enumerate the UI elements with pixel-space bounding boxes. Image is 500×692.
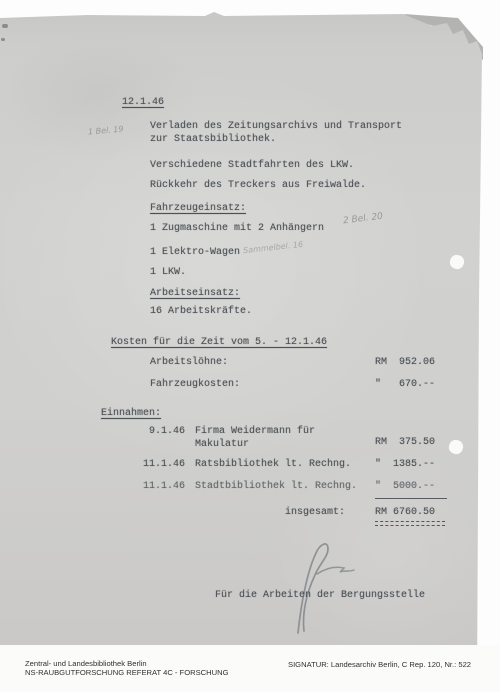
total-separator-line — [375, 498, 447, 499]
income-date-3: 11.1.46 — [143, 480, 185, 493]
edge-speck — [2, 24, 8, 28]
archive-footer-left: Zentral- und Landesbibliothek BerlinNS-R… — [25, 659, 229, 677]
cost-amount-1: RM 952.06 — [375, 356, 435, 369]
vehicle-item-1: 1 Zugmaschine mit 2 Anhängern — [150, 222, 324, 235]
income-desc-3: Stadtbibliothek lt. Rechng. — [195, 480, 357, 493]
heading-fahrzeugeinsatz: Fahrzeugeinsatz: — [150, 202, 246, 215]
scanned-document-page: 12.1.46 1 Bel. 19 Verladen des Zeitungsa… — [0, 0, 500, 692]
cost-amount-2: " 670.-- — [375, 378, 435, 391]
workers-line: 16 Arbeitskräfte. — [150, 305, 252, 318]
income-amount-2: " 1385.-- — [375, 458, 435, 471]
signature-caption: Für die Arbeiten der Bergungsstelle — [215, 589, 425, 602]
edge-speck — [1, 38, 5, 41]
activity-verladen-line1: Verladen des Zeitungsarchivs und Transpo… — [150, 120, 402, 133]
cost-label-1: Arbeitslöhne: — [150, 356, 228, 369]
cost-label-2: Fahrzeugkosten: — [150, 378, 240, 391]
date-heading: 12.1.46 — [122, 96, 164, 109]
activity-verladen-line2: zur Staatsbibliothek. — [150, 133, 276, 146]
total-double-underline — [375, 521, 445, 526]
total-amount: RM 6760.50 — [375, 506, 435, 519]
income-amount-3: " 5000.-- — [375, 480, 435, 493]
vehicle-item-2: 1 Elektro-Wagen — [150, 246, 240, 259]
income-desc-2: Ratsbibliothek lt. Rechng. — [195, 458, 351, 471]
archive-institution: Zentral- und Landesbibliothek Berlin — [25, 659, 147, 668]
heading-arbeitseinsatz: Arbeitseinsatz: — [150, 287, 240, 300]
activity-stadtfahrten: Verschiedene Stadtfahrten des LKW. — [150, 159, 354, 172]
activity-rueckkehr: Rückkehr des Treckers aus Freiwalde. — [150, 179, 366, 192]
heading-einnahmen: Einnahmen: — [101, 407, 161, 420]
archive-department: NS-RAUBGUTFORSCHUNG REFERAT 4C - FORSCHU… — [25, 668, 229, 677]
vehicle-item-3: 1 LKW. — [150, 266, 186, 279]
heading-kosten: Kosten für die Zeit vom 5. - 12.1.46 — [111, 336, 327, 349]
income-amount-1: RM 375.50 — [375, 436, 435, 449]
income-date-1: 9.1.46 — [149, 425, 185, 438]
archive-signatur: SIGNATUR: Landesarchiv Berlin, C Rep. 12… — [288, 660, 471, 669]
archive-footer: Zentral- und Landesbibliothek BerlinNS-R… — [0, 645, 500, 692]
income-desc-1b: Makulatur — [195, 438, 249, 451]
income-date-2: 11.1.46 — [143, 458, 185, 471]
income-desc-1a: Firma Weidermann für — [195, 425, 315, 438]
total-label: insgesamt: — [285, 506, 345, 519]
